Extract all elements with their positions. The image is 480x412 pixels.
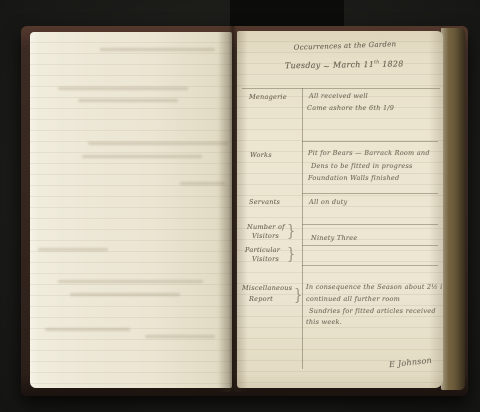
row-divider bbox=[302, 224, 438, 225]
heading-underline bbox=[242, 88, 440, 89]
date-ornament: ~ bbox=[323, 62, 330, 71]
entry-text-line: In consequence the Season about 2½ in bbox=[306, 283, 443, 291]
entry-text-line: Came ashore the 6th 1/9 bbox=[307, 104, 394, 112]
page-edges-stack bbox=[441, 28, 465, 390]
manuscript-photo: Occurrences at the Garden Tuesday ~ Marc… bbox=[0, 0, 480, 412]
bleedthrough-mark bbox=[70, 293, 180, 296]
bleedthrough-mark bbox=[45, 328, 130, 331]
date-number: 11 bbox=[363, 60, 374, 69]
row-divider bbox=[302, 245, 438, 246]
entry-label: Servants bbox=[249, 198, 280, 206]
page-heading: Occurrences at the Garden bbox=[275, 40, 415, 53]
entry-text-line: Sundries for fitted articles received bbox=[309, 307, 436, 315]
bleedthrough-mark bbox=[180, 182, 225, 185]
label-brace: } bbox=[294, 287, 302, 303]
entry-label: Menagerie bbox=[249, 93, 287, 101]
signature: E Johnson bbox=[389, 356, 433, 369]
bleedthrough-mark bbox=[58, 280, 203, 283]
right-page: Occurrences at the Garden Tuesday ~ Marc… bbox=[237, 31, 443, 388]
label-brace: } bbox=[287, 223, 295, 239]
entry-label: Works bbox=[250, 151, 272, 159]
entry-text-line: continued all further room bbox=[306, 295, 400, 303]
entry-text-line: Pit for Bears — Barrack Room and bbox=[308, 149, 430, 157]
bleedthrough-mark bbox=[58, 87, 188, 90]
date-month: March bbox=[333, 60, 361, 69]
entry-text-line: Ninety Three bbox=[311, 234, 357, 242]
entry-label: Number of bbox=[247, 223, 285, 231]
bleedthrough-mark bbox=[100, 48, 215, 51]
left-page bbox=[30, 32, 232, 388]
entry-label: Miscellaneous bbox=[242, 284, 292, 292]
date-year: 1828 bbox=[382, 59, 404, 68]
entry-text-line: Dens to be fitted in progress bbox=[311, 162, 413, 170]
bleedthrough-mark bbox=[145, 335, 215, 338]
column-divider bbox=[302, 88, 303, 369]
entry-label-line2: Report bbox=[249, 295, 273, 303]
entry-label: Particular bbox=[245, 246, 280, 254]
label-brace: } bbox=[287, 246, 295, 262]
entry-text-line: this week. bbox=[306, 318, 342, 326]
date-suffix: th bbox=[374, 60, 379, 65]
bleedthrough-mark bbox=[38, 248, 108, 251]
row-divider bbox=[302, 265, 438, 266]
entry-label-line2: Visitors bbox=[252, 255, 279, 263]
date-day: Tuesday bbox=[285, 61, 321, 71]
date-rest: March 11th 1828 bbox=[333, 59, 404, 69]
entry-label-line2: Visitors bbox=[252, 232, 279, 240]
entry-text-line: All on duty bbox=[309, 198, 347, 206]
bleedthrough-mark bbox=[78, 99, 178, 102]
bleedthrough-mark bbox=[88, 142, 228, 145]
row-divider bbox=[302, 141, 438, 142]
entry-text-line: Foundation Walls finished bbox=[308, 174, 399, 182]
entry-text-line: All received well bbox=[309, 92, 368, 100]
row-divider bbox=[302, 193, 438, 194]
bleedthrough-mark bbox=[82, 155, 202, 158]
